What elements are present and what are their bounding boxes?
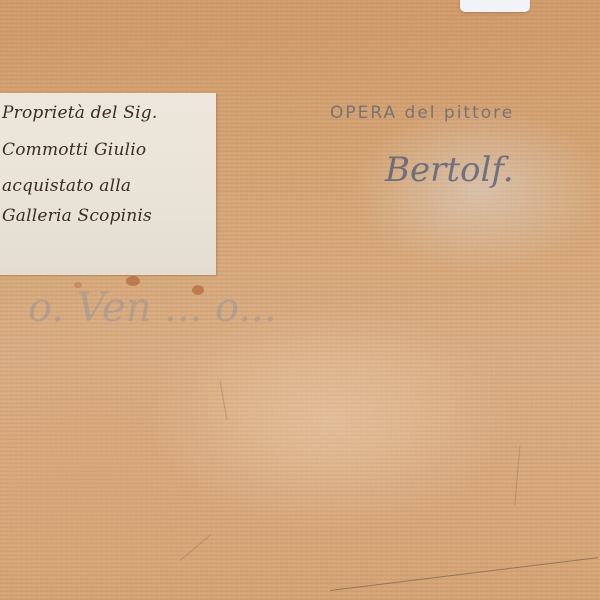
label-line-3: acquistato alla — [2, 176, 131, 196]
faint-pencil-inscription: o. Ven ... o... — [28, 285, 277, 331]
wooden-panel-back: Proprietà del Sig. Commotti Giulio acqui… — [0, 0, 600, 600]
provenance-label: Proprietà del Sig. Commotti Giulio acqui… — [0, 93, 216, 275]
pencil-line — [220, 380, 228, 420]
pencil-line — [514, 445, 520, 505]
label-line-1: Proprietà del Sig. — [2, 103, 157, 123]
corner-sticker — [460, 0, 530, 12]
pencil-line — [180, 534, 211, 560]
pencil-signature: Bertolf. — [385, 150, 514, 190]
label-line-2: Commotti Giulio — [2, 140, 146, 160]
label-line-4: Galleria Scopinis — [2, 206, 152, 226]
pencil-inscription-opera: OPERA del pittore — [330, 103, 514, 123]
pencil-line — [330, 557, 598, 591]
